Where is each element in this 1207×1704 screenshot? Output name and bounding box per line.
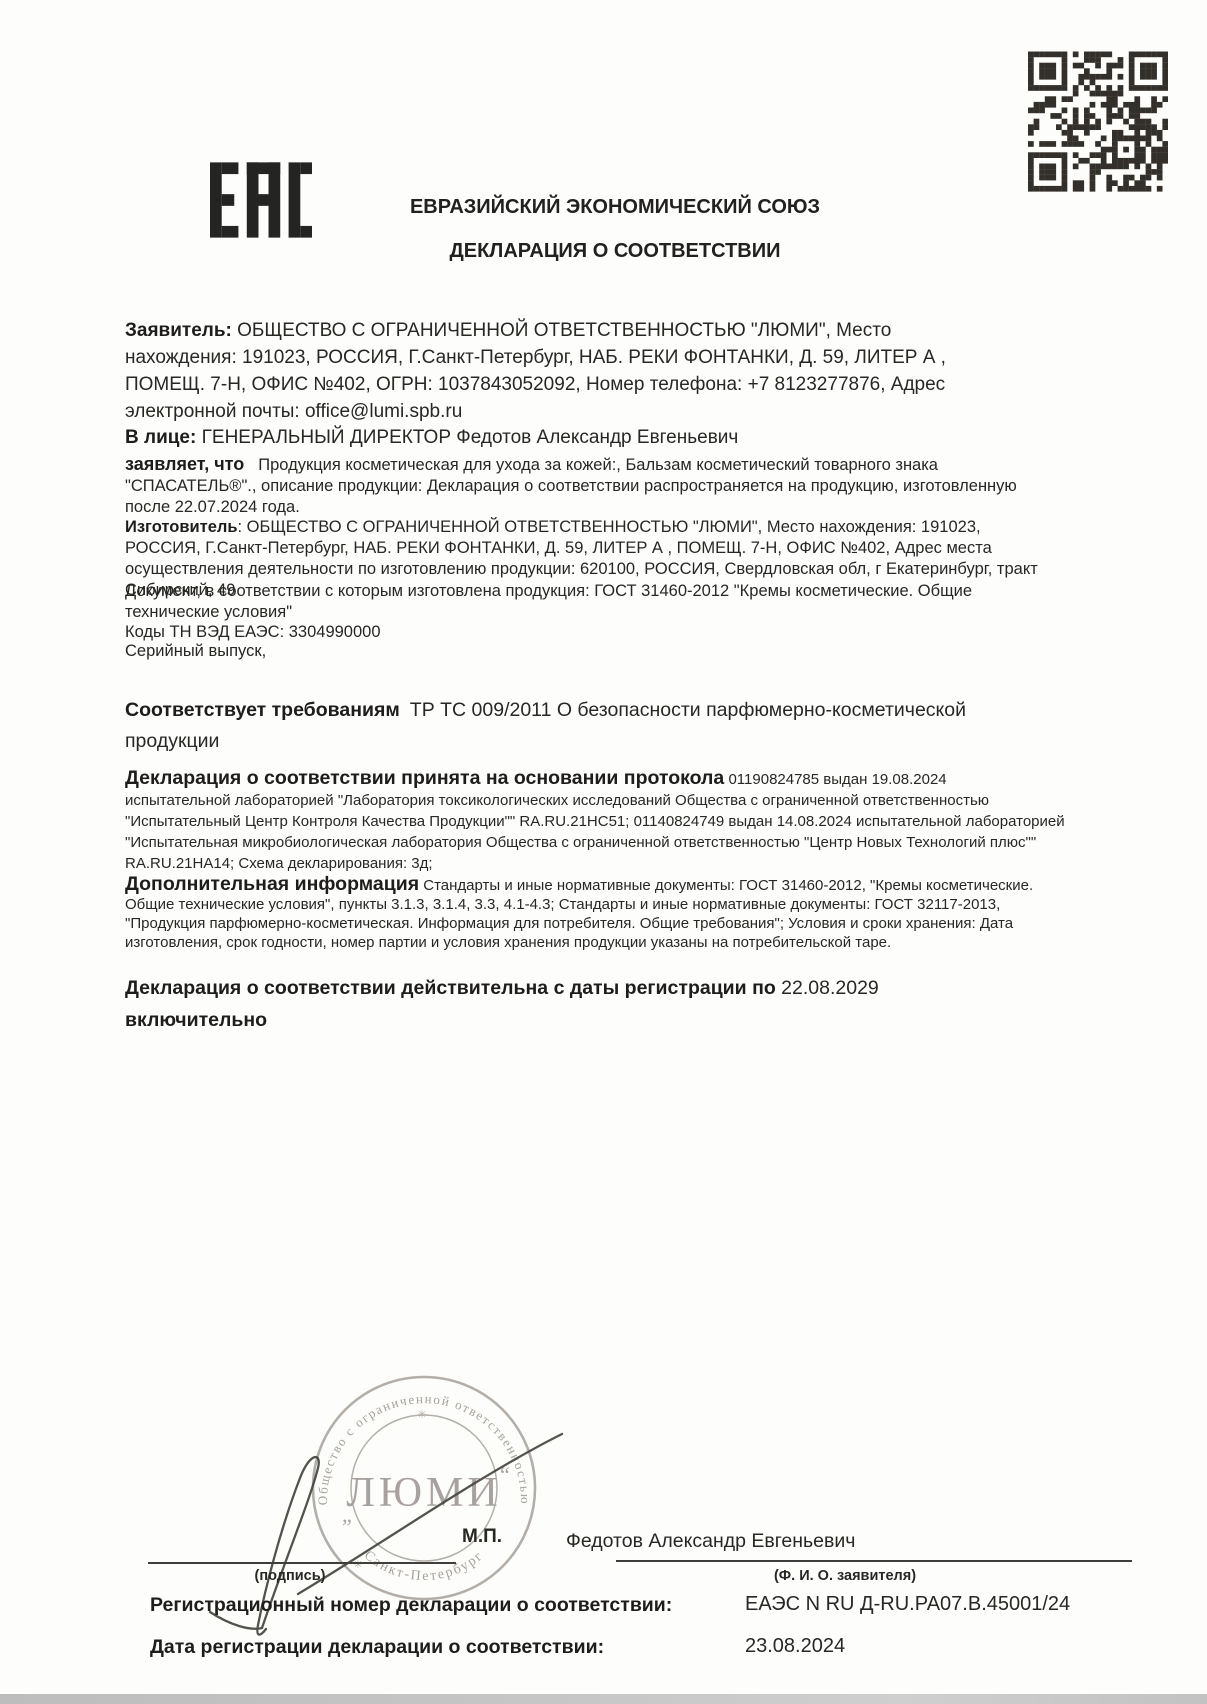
basis-label: Декларация о соответствии принята на осн…: [125, 767, 724, 789]
registration-date-label: Дата регистрации декларации о соответств…: [150, 1636, 604, 1659]
validity-date: 22.08.2029: [776, 977, 879, 999]
declares-label: заявляет, что: [125, 454, 244, 474]
doc-title: ДЕКЛАРАЦИЯ О СООТВЕТСТВИИ: [330, 240, 900, 263]
signer-name-caption: (Ф. И. О. заявителя): [700, 1568, 990, 1584]
declaration-page: ЕВРАЗИЙСКИЙ ЭКОНОМИЧЕСКИЙ СОЮЗ ДЕКЛАРАЦИ…: [0, 0, 1207, 1704]
signature-line: [148, 1562, 456, 1564]
additional-info-label: Дополнительная информация: [125, 873, 419, 895]
scan-edge-artifact: [0, 1694, 1207, 1704]
document-ref: Документ, в соответствии с которым изгот…: [125, 581, 1125, 623]
validity-paragraph: Декларация о соответствии действительна …: [125, 940, 1105, 1068]
eac-logo-icon: [210, 162, 312, 238]
union-name: ЕВРАЗИЙСКИЙ ЭКОНОМИЧЕСКИЙ СОЮЗ: [330, 196, 900, 219]
registration-number-value: ЕАЭС N RU Д-RU.РА07.В.45001/24: [745, 1593, 1070, 1616]
signer-name: Федотов Александр Евгеньевич: [566, 1530, 855, 1553]
complies-label: Соответствует требованиям: [125, 699, 400, 721]
basis-protocol-number: 01190824785 выдан 19.08.2024: [724, 771, 946, 788]
signature-caption: (подпись): [200, 1568, 380, 1584]
validity-label: Декларация о соответствии действительна …: [125, 977, 776, 999]
stamp-place-label: М.П.: [462, 1526, 502, 1548]
complies-paragraph: Соответствует требованиямТР ТС 009/2011 …: [125, 664, 1105, 757]
validity-tail: включительно: [125, 1004, 1105, 1036]
registration-date-value: 23.08.2024: [745, 1635, 845, 1658]
applicant-label: Заявитель:: [125, 320, 232, 341]
registration-number-label: Регистрационный номер декларации о соотв…: [150, 1594, 672, 1617]
qr-code: [1028, 50, 1168, 193]
basis-paragraph: Декларация о соответствии принята на осн…: [125, 747, 1185, 874]
signer-name-line: [616, 1560, 1132, 1562]
manufacturer-label: Изготовитель: [125, 518, 238, 536]
tnved-codes: Коды ТН ВЭД ЕАЭС: 3304990000: [125, 622, 1125, 643]
serial-issue: Серийный выпуск,: [125, 641, 1125, 662]
additional-info-paragraph: Дополнительная информация Стандарты и ин…: [125, 856, 1185, 952]
